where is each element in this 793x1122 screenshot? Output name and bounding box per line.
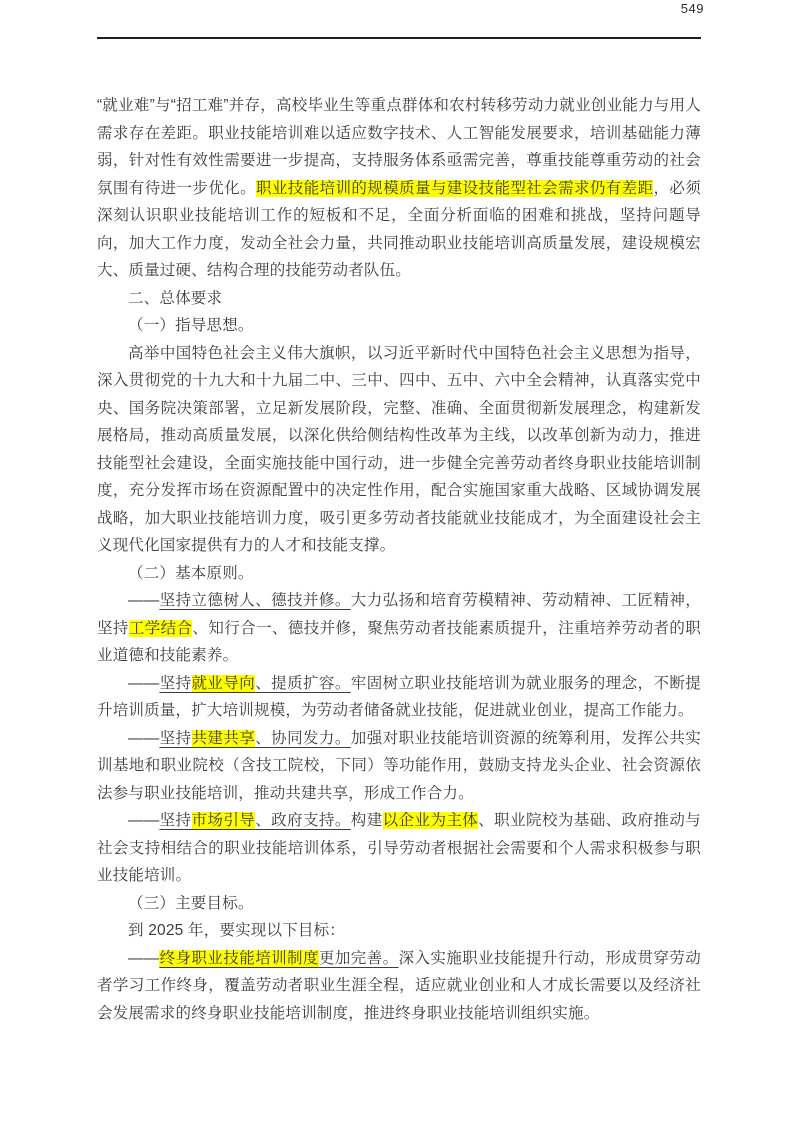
document-body: “就业难”与“招工难”并存，高校毕业生等重点群体和农村转移劳动力就业创业能力与用… [97,92,701,1027]
text-run: （二）基本原则。 [128,565,254,582]
paragraph: “就业难”与“招工难”并存，高校毕业生等重点群体和农村转移劳动力就业创业能力与用… [97,92,701,285]
highlighted-text: 市场引导 [192,812,256,829]
text-run: 坚持 [159,812,191,829]
text-run: —— [128,812,159,829]
highlighted-text: 职业技能培训的规模质量与建设技能型社会需求仍有差距 [256,180,653,197]
page-number: 549 [97,1,704,16]
header-rule [97,37,701,39]
highlighted-text: 以企业为主体 [383,812,479,829]
section-heading: （三）主要目标。 [97,890,701,918]
section-heading: （一）指导思想。 [97,312,701,340]
highlighted-text: 终身职业技能培训制度 [159,950,319,967]
text-run: 更加完善。 [319,950,399,967]
text-run: 坚持 [159,675,191,692]
paragraph: 高举中国特色社会主义伟大旗帜，以习近平新时代中国特色社会主义思想为指导，深入贯彻… [97,340,701,560]
text-run: 坚持 [159,730,191,747]
text-run: —— [128,675,159,692]
section-heading: 二、总体要求 [97,285,701,313]
text-run: 构建 [351,812,383,829]
text-run: —— [128,730,159,747]
text-run: 二、总体要求 [128,290,222,307]
section-heading: （二）基本原则。 [97,560,701,588]
text-run: —— [128,950,159,967]
text-run: （一）指导思想。 [128,317,254,334]
text-run: —— [128,592,159,609]
paragraph: ——坚持共建共享、协同发力。加强对职业技能培训资源的统筹利用，发挥公共实训基地和… [97,725,701,808]
text-run: 高举中国特色社会主义伟大旗帜，以习近平新时代中国特色社会主义思想为指导，深入贯彻… [97,345,701,555]
paragraph: ——终身职业技能培训制度更加完善。深入实施职业技能提升行动，形成贯穿劳动者学习工… [97,945,701,1028]
paragraph: ——坚持就业导向、提质扩容。牢固树立职业技能培训为就业服务的理念，不断提升培训质… [97,670,701,725]
text-run: 、协同发力。 [255,730,351,747]
highlighted-text: 就业导向 [192,675,256,692]
highlighted-text: 共建共享 [192,730,256,747]
highlighted-text: 工学结合 [129,620,193,637]
text-run: 到 2025 年，要实现以下目标： [128,922,345,939]
document-page: 549 “就业难”与“招工难”并存，高校毕业生等重点群体和农村转移劳动力就业创业… [0,0,793,1122]
text-run: 、政府支持。 [255,812,351,829]
paragraph: 到 2025 年，要实现以下目标： [97,917,701,945]
paragraph: ——坚持立德树人、德技并修。大力弘扬和培育劳模精神、劳动精神、工匠精神，坚持工学… [97,587,701,670]
text-run: 坚持立德树人、德技并修。 [159,592,350,609]
text-run: 、提质扩容。 [255,675,351,692]
text-run: （三）主要目标。 [128,895,254,912]
paragraph: ——坚持市场引导、政府支持。构建以企业为主体、职业院校为基础、政府推动与社会支持… [97,807,701,890]
